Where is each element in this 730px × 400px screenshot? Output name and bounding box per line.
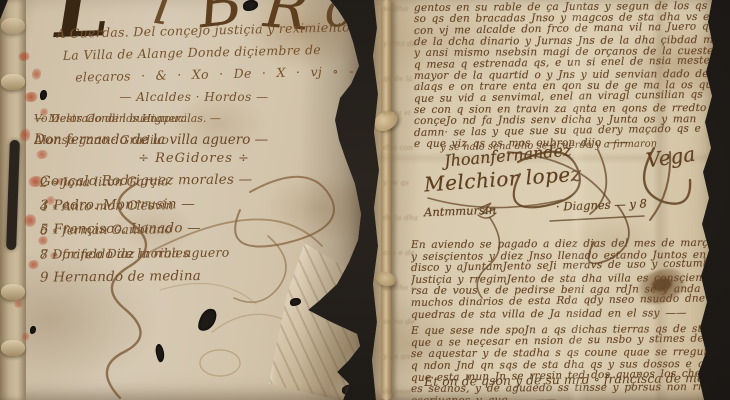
- edge-shading: [300, 0, 364, 400]
- left-page: LiBRo A Cuerdas. Del conçejo justiçia y …: [0, 0, 364, 400]
- manuscript-photo: LiBRo A Cuerdas. Del conçejo justiçia y …: [0, 0, 730, 400]
- manuscript-line: quedras de sta villa de Ja nsidad en el …: [411, 307, 711, 321]
- paragraph-2: En aviendo se pagado a diez dias del mes…: [411, 240, 711, 372]
- right-page: sa dhoy frnz deqs de laen la vidho cony …: [368, 0, 715, 400]
